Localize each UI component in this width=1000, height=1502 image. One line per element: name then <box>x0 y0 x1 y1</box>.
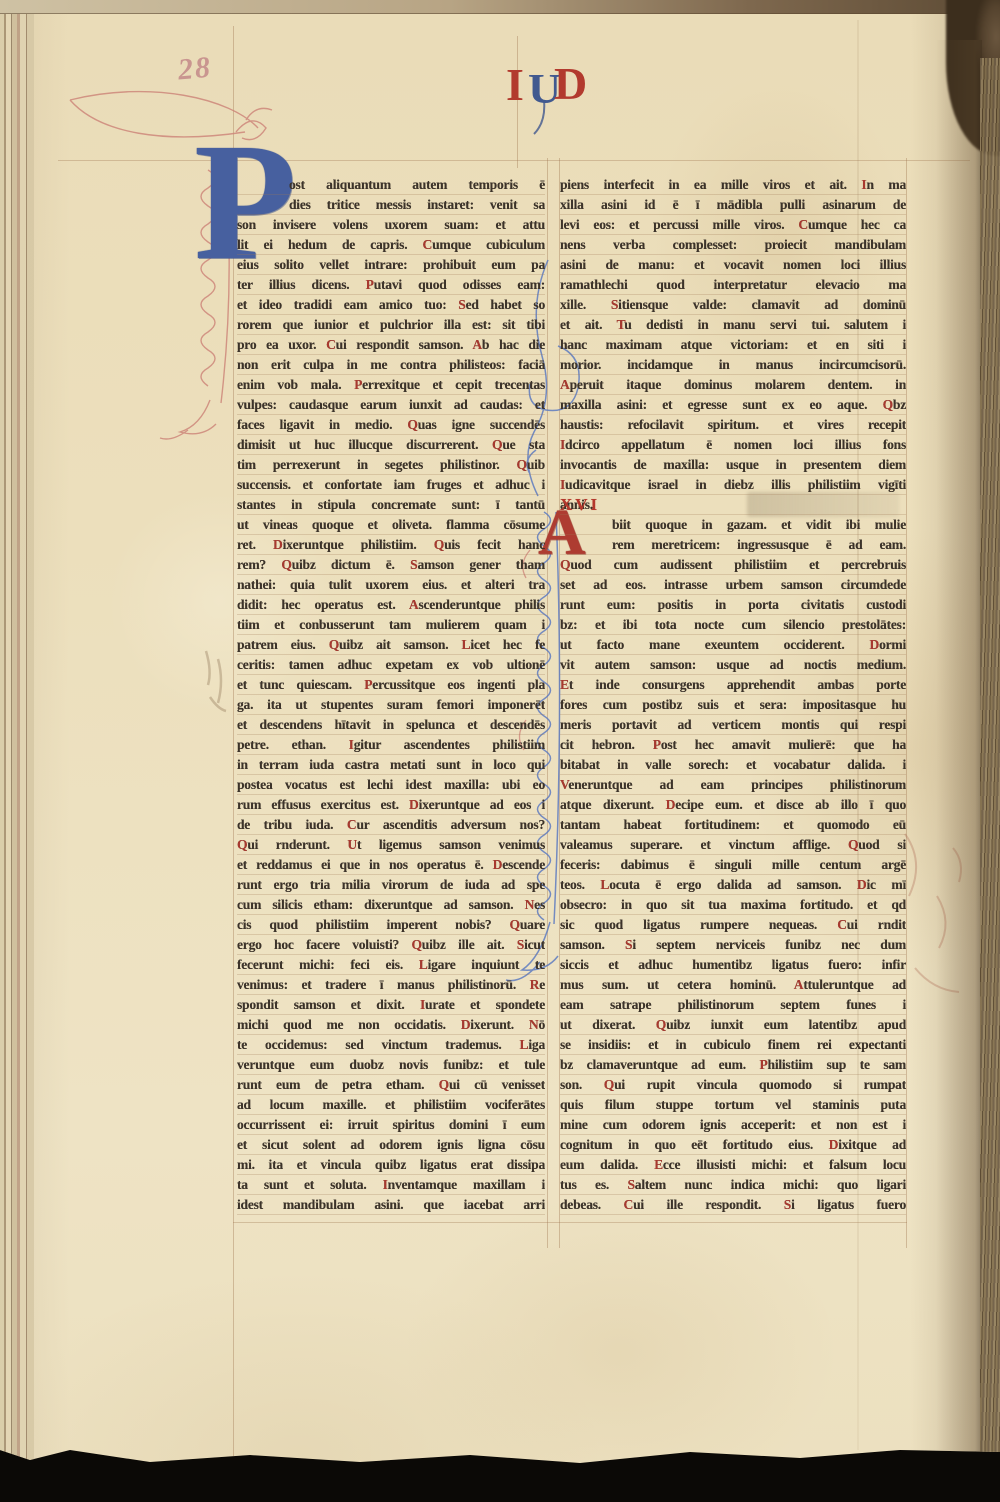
text-line: xille. Sitiensque valde: clamavit ad dom… <box>560 295 906 315</box>
text-line: xilla asini id ē ī mādibla pulli asinaru… <box>560 195 906 215</box>
text-line: set ad eos. intrasse urbem samson circum… <box>560 575 906 595</box>
text-line: haustis: refocilavit spiritum. et vires … <box>560 415 906 435</box>
text-line: ut facto mane exeuntem occiderent. Dormi <box>560 635 906 655</box>
text-line: pro ea uxor. Cui respondit samson. Ab ha… <box>237 335 545 355</box>
text-line: tantam habeat fortitudinem: et quomodo e… <box>560 815 906 835</box>
ruling-bottom-horizontal <box>233 1222 907 1223</box>
text-line: te occidemus: sed vinctum trademus. Liga <box>237 1035 545 1055</box>
text-line: son. Qui rupit vincula quomodo si rumpat <box>560 1075 906 1095</box>
text-line: maxilla asini: et egresse sunt ex eo aqu… <box>560 395 906 415</box>
text-line: dimisit ut huc illucque discurrerent. Qu… <box>237 435 545 455</box>
text-line: et sicut solent ad odorem ignis ligna cō… <box>237 1135 545 1155</box>
text-line: et descendens hītavit in spelunca et des… <box>237 715 545 735</box>
text-line: annis.XVI <box>560 495 906 515</box>
running-title-letter-red2: D <box>554 61 587 107</box>
text-line: biit quoque in gazam. et vidit ibi mulie <box>560 515 906 535</box>
text-line: mus sum. ut cetera hominū. Attuleruntque… <box>560 975 906 995</box>
text-line: rum effusus exercitus est. Dixeruntque a… <box>237 795 545 815</box>
text-line: ut dixerat. Quibz iunxit eum latentibz a… <box>560 1015 906 1035</box>
text-line: faces ligavit in medio. Quas igne succen… <box>237 415 545 435</box>
text-line: cis quod philistiim imperent nobis? Quar… <box>237 915 545 935</box>
text-line: atque dixerunt. Decipe eum. et disce ab … <box>560 795 906 815</box>
text-line: lit ei hedum de capris. Cumque cubiculum <box>237 235 545 255</box>
text-line: quis filum stuppe tortum vel staminis pu… <box>560 1095 906 1115</box>
chapter-number: XVI <box>560 495 846 515</box>
manuscript-photo: { "manuscript": { "folio_number": "28", … <box>0 0 1000 1502</box>
text-line: levi eos: et percussi mille viros. Cumqu… <box>560 215 906 235</box>
book-gutter-leaf-edges <box>0 6 34 1462</box>
text-line: ad locum maxille. et philistiim vociferā… <box>237 1095 545 1115</box>
text-line: Idcirco appellatum ē nomen loci illius f… <box>560 435 906 455</box>
text-line: Iudicavitque israel in diebz illis phili… <box>560 475 906 495</box>
text-line: ut vineas quoque et oliveta. flamma cōsu… <box>237 515 545 535</box>
text-line: in terram iuda castra metati sunt in loc… <box>237 755 545 775</box>
text-line: Quod cum audissent philistiim et percreb… <box>560 555 906 575</box>
text-line: Qui rnderunt. Ut ligemus samson venimus <box>237 835 545 855</box>
text-line: runt eum: positis in porta civitatis cus… <box>560 595 906 615</box>
book-fore-edge <box>980 58 1000 1458</box>
text-line: et reddamus ei que in nos operatus ē. De… <box>237 855 545 875</box>
text-line: obsecro: in quo sit tua maxima fortitudo… <box>560 895 906 915</box>
text-line: fecerunt michi: feci eis. Ligare inquiun… <box>237 955 545 975</box>
text-line: bitabat in valle sorech: et vocabatur da… <box>560 755 906 775</box>
text-line: cognitum in quo eēt fortitudo eius. Dixi… <box>560 1135 906 1155</box>
text-line: tus es. Saltem nunc indica michi: quo li… <box>560 1175 906 1195</box>
text-line: runt eum de petra etham. Qui cū venisset <box>237 1075 545 1095</box>
text-line: debeas. Cui ille respondit. Si ligatus f… <box>560 1195 906 1215</box>
ruling-center-left-vertical <box>547 158 548 1248</box>
parchment-page: 28 I U D P <box>0 0 1000 1502</box>
text-line: ost aliquantum autem temporis ē <box>237 175 545 195</box>
text-line: spondit samson et dixit. Iurate et spond… <box>237 995 545 1015</box>
text-line: ergo hoc facere voluisti? Quibz ille ait… <box>237 935 545 955</box>
text-line: se insidiis: et in cubiculo finem rei ex… <box>560 1035 906 1055</box>
text-line: dies tritice messis instaret: venit sa <box>237 195 545 215</box>
text-line: ramathlechi quod interpretatur elevacio … <box>560 275 906 295</box>
page-curve-shadow <box>936 40 982 1456</box>
text-line: sic quod ligatus rumpere nequeas. Cui rn… <box>560 915 906 935</box>
text-line: son invisere volens uxorem suam: et attu <box>237 215 545 235</box>
text-line: samson. Si septem nerviceis funibz nec d… <box>560 935 906 955</box>
text-line: postea vocatus est lechi idest maxilla: … <box>237 775 545 795</box>
text-line: piens interfecit in ea mille viros et ai… <box>560 175 906 195</box>
text-line: ret. Dixeruntque philistiim. Quis fecit … <box>237 535 545 555</box>
text-line: didit: hec operatus est. Ascenderuntque … <box>237 595 545 615</box>
text-line: mi. ita et vincula quibz ligatus erat di… <box>237 1155 545 1175</box>
text-line: et ideo tradidi eam amico tuo: Sed habet… <box>237 295 545 315</box>
text-line: eum dalida. Ecce illusisti michi: et fal… <box>560 1155 906 1175</box>
text-line: Et inde consurgens apprehendit ambas por… <box>560 675 906 695</box>
left-margin-smudge <box>196 645 236 725</box>
text-line: feceris: dabimus ē singuli mille centum … <box>560 855 906 875</box>
text-line: bz clamaveruntque ad eum. Philistiim sup… <box>560 1055 906 1075</box>
text-line: bz: et ibi tota nocte cum silencio prest… <box>560 615 906 635</box>
text-line: tim perrexerunt in segetes philistinor. … <box>237 455 545 475</box>
text-line: non erit culpa in me contra philisteos: … <box>237 355 545 375</box>
text-column-right: piens interfecit in ea mille viros et ai… <box>560 175 906 1215</box>
text-line: ta sunt et soluta. Inventamque maxillam … <box>237 1175 545 1195</box>
text-line: nens verba complesset: proiecit mandibul… <box>560 235 906 255</box>
text-line: asini de manu: et vocavit nomen loci ill… <box>560 255 906 275</box>
text-line: veruntque eum duobz novis funibz: et tul… <box>237 1055 545 1075</box>
text-line: rorem que iunior et pulchrior illa est: … <box>237 315 545 335</box>
text-line: et ait. Tu dedisti in manu servi tui. sa… <box>560 315 906 335</box>
text-line: ga. ita ut stupentes suram femori impone… <box>237 695 545 715</box>
text-line: runt ergo tria milia virorum de iuda ad … <box>237 875 545 895</box>
text-line: patrem eius. Quibz ait samson. Licet hec… <box>237 635 545 655</box>
text-line: valeamus superare. et vinctum afflige. Q… <box>560 835 906 855</box>
text-column-left: ost aliquantum autem temporis ēdies trit… <box>237 175 545 1215</box>
text-line: ceritis: tamen adhuc expetam ex vob ulti… <box>237 655 545 675</box>
text-line: siccis et adhuc humentibz ligatus fuero:… <box>560 955 906 975</box>
text-line: petre. ethan. Igitur ascendentes philist… <box>237 735 545 755</box>
text-line: eius solito vellet intrare: prohibuit eu… <box>237 255 545 275</box>
text-line: eam satrape philistinorum septem funes i <box>560 995 906 1015</box>
text-line: mine cum odorem ignis acceperit: et non … <box>560 1115 906 1135</box>
text-line: rem meretricem: ingressusque ē ad eam. <box>560 535 906 555</box>
text-line: occurrissent ei: irruit spiritus domini … <box>237 1115 545 1135</box>
text-line: vulpes: caudasque earum iunxit ad caudas… <box>237 395 545 415</box>
text-line: invocantis de maxilla: usque in presente… <box>560 455 906 475</box>
text-line: succensis. et confortate iam fruges et a… <box>237 475 545 495</box>
text-line: de tribu iuda. Cur ascenditis adversum n… <box>237 815 545 835</box>
folio-number: 28 <box>177 51 214 88</box>
text-line: michi quod me non occidatis. Dixerunt. N… <box>237 1015 545 1035</box>
text-line: fores cum postibz suis et sera: imposita… <box>560 695 906 715</box>
text-line: ter illius dicens. Putavi quod odisses e… <box>237 275 545 295</box>
text-line: cit hebron. Post hec amavit mulierē: que… <box>560 735 906 755</box>
text-line: Aperuit itaque dominus molarem dentem. i… <box>560 375 906 395</box>
text-line: enim vob mala. Perrexitque et cepit trec… <box>237 375 545 395</box>
text-line: rem? Quibz dictum ē. Samson gener tham <box>237 555 545 575</box>
text-line: stantes in stipula concremate sunt: ī ta… <box>237 495 545 515</box>
text-line: idest mandibulam asini. que iacebat arri <box>237 1195 545 1215</box>
text-line: et tunc quiescam. Percussitque eos ingen… <box>237 675 545 695</box>
ruling-right-vertical <box>906 158 907 1248</box>
text-line: meris portavit ad verticem montis qui re… <box>560 715 906 735</box>
text-line: teos. Locuta ē ergo dalida ad samson. Di… <box>560 875 906 895</box>
text-line: venimus: et tradere ī manus philistinorū… <box>237 975 545 995</box>
text-line: nathei: quia tulit uxorem eius. et alter… <box>237 575 545 595</box>
text-line: Veneruntque ad eam principes philistinor… <box>560 775 906 795</box>
text-line: tiim et conbusserunt tam mulierem quam i <box>237 615 545 635</box>
text-line: morior. incidamque in manus incircumciso… <box>560 355 906 375</box>
text-line: hanc maximam atque victoriam: et en siti… <box>560 335 906 355</box>
text-line: vit autem samson: usque ad noctis medium… <box>560 655 906 675</box>
text-line: cum silicis etham: dixeruntque ad samson… <box>237 895 545 915</box>
book-top-leaf-edges <box>0 0 1000 14</box>
running-title: I U D <box>506 58 636 130</box>
running-title-letter-red: I <box>506 62 524 108</box>
